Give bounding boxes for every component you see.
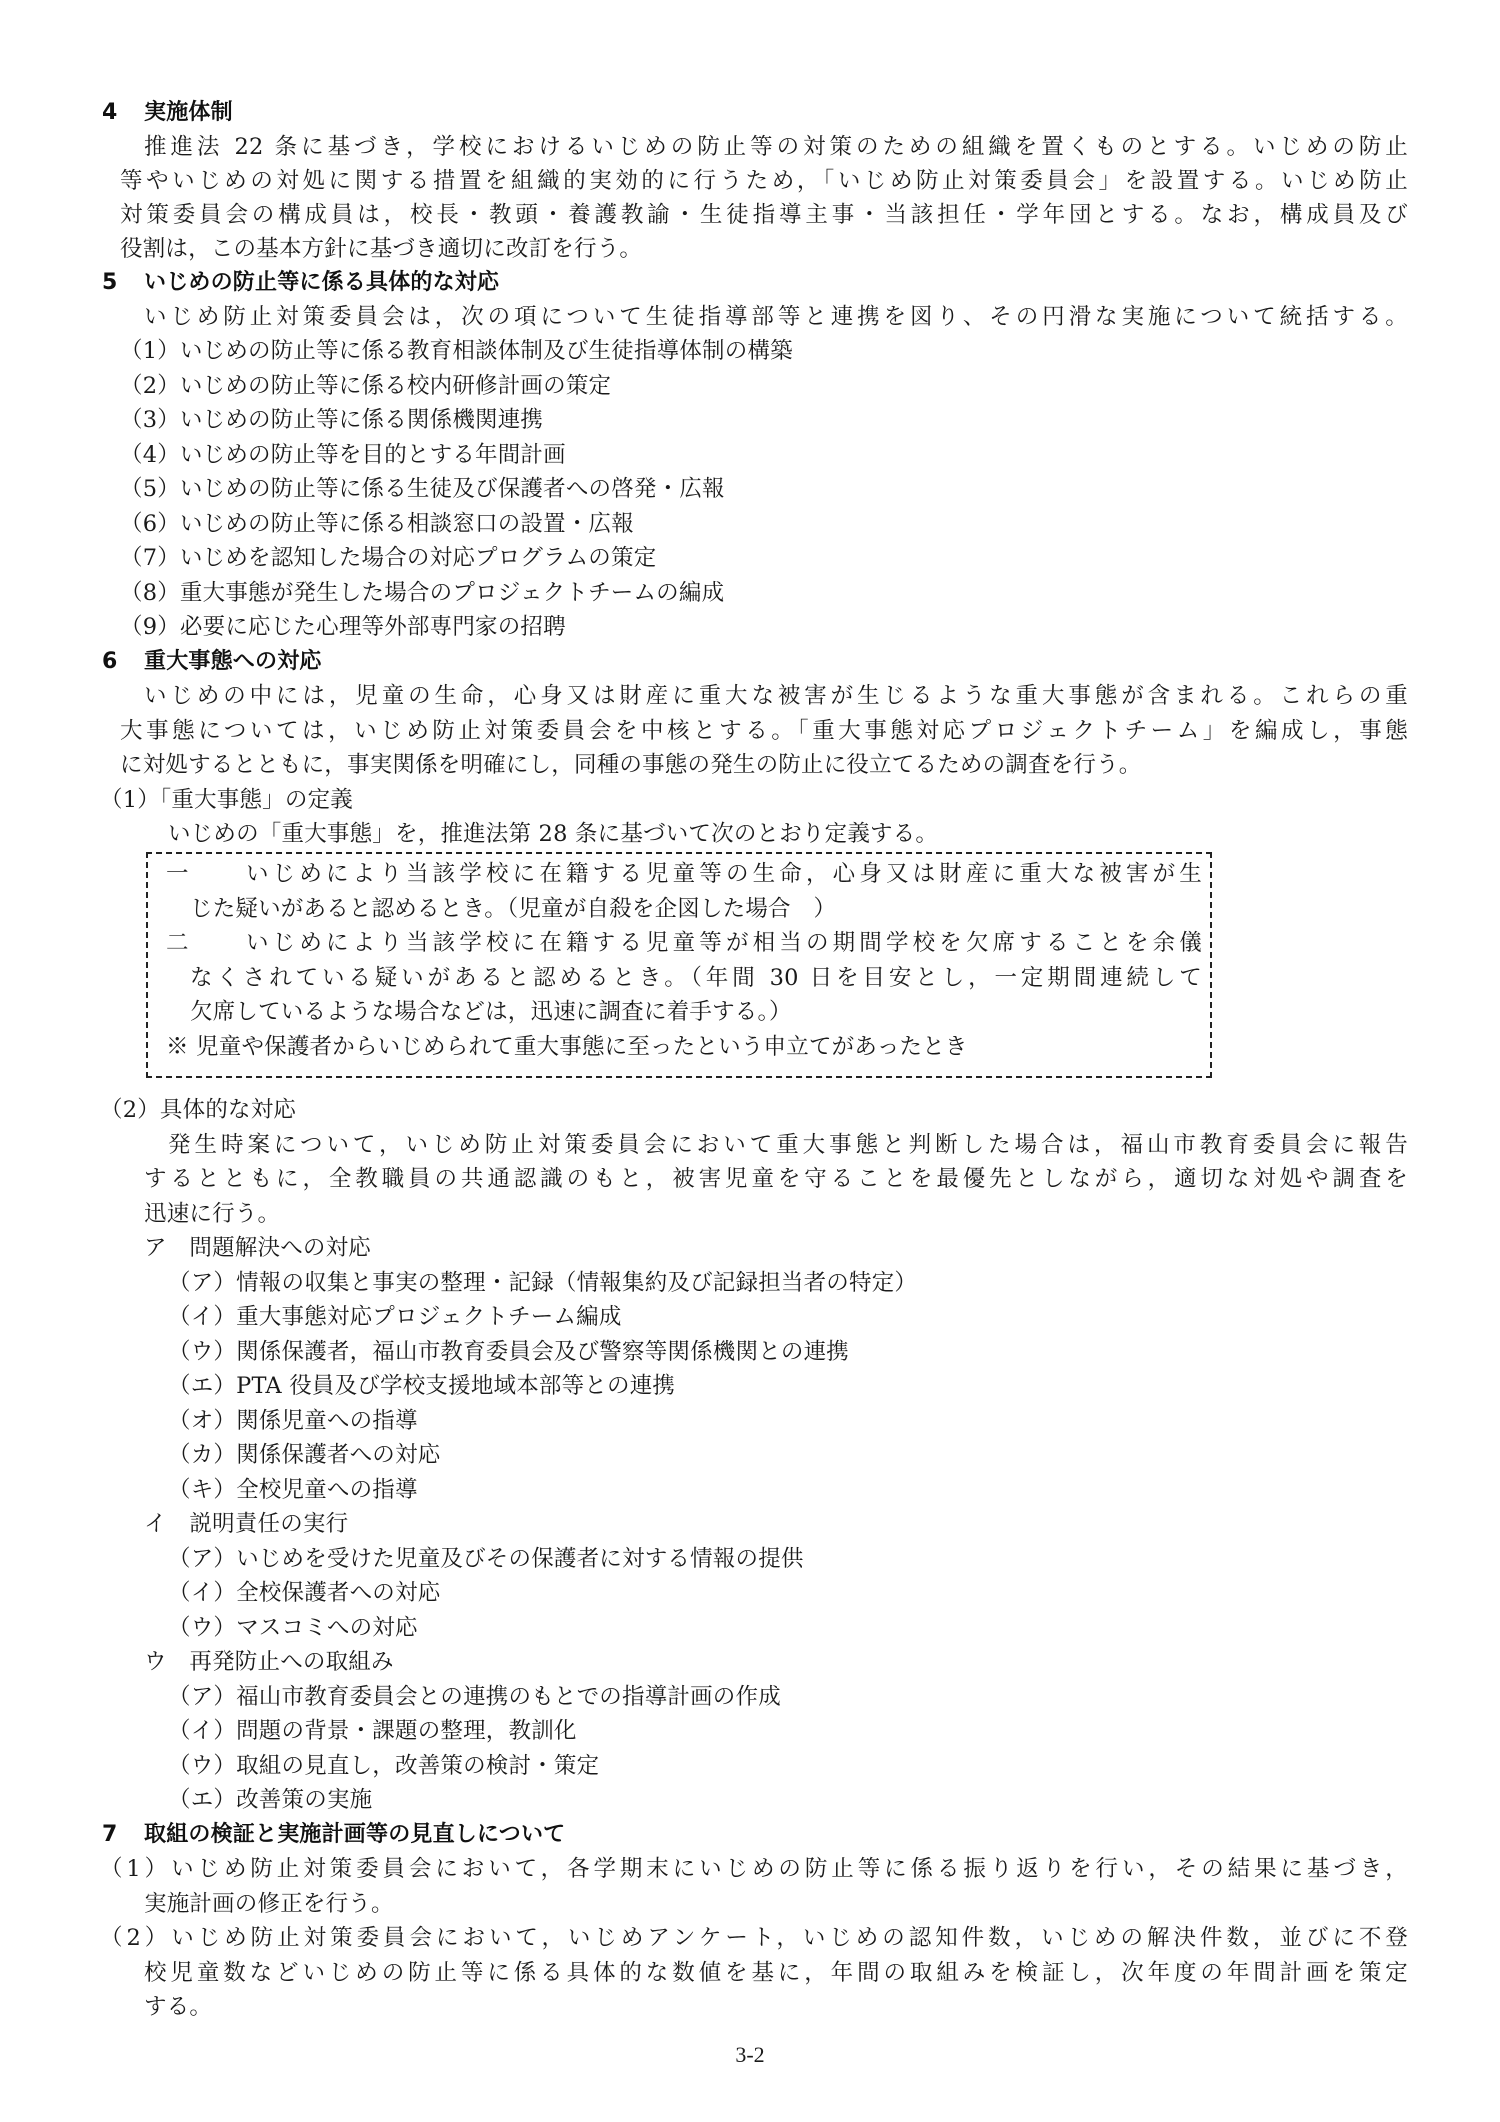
paragraph-line: いじめ防止対策委員会は，次の項について生徒指導部等と連携を図り、その円滑な実施に… [144,300,1408,334]
definition-line: 二 いじめにより当該学校に在籍する児童等が相当の期間学校を欠席することを余儀 [166,926,1202,960]
section-number: 5 [102,266,144,300]
paragraph-line: 役割は，この基本方針に基づき適切に改訂を行う。 [120,232,642,266]
section-number: 4 [102,96,144,130]
list-item: （ア）情報の収集と事実の整理・記録（情報集約及び記録担当者の特定） [168,1266,917,1300]
paragraph-line: 迅速に行う。 [144,1197,280,1231]
paragraph-line: 大事態については，いじめ防止対策委員会を中核とする。「重大事態対応プロジェクトチ… [120,714,1408,748]
subsection-heading: （1）「重大事態」の定義 [100,783,353,817]
list-item: （3）いじめの防止等に係る関係機関連携 [120,403,543,437]
section-title: いじめの防止等に係る具体的な対応 [144,270,499,295]
list-item: （エ）改善策の実施 [168,1783,372,1817]
list-item: （8）重大事態が発生した場合のプロジェクトチームの編成 [120,576,724,610]
list-item-line: 実施計画の修正を行う。 [144,1887,394,1921]
paragraph-line: 等やいじめの対処に関する措置を組織的実効的に行うため，「いじめ防止対策委員会」を… [120,164,1408,198]
subsection-heading: （2）具体的な対応 [100,1093,296,1127]
list-item: （6）いじめの防止等に係る相談窓口の設置・広報 [120,507,634,541]
list-item: （9）必要に応じた心理等外部専門家の招聘 [120,610,566,644]
group-label: イ 説明責任の実行 [144,1507,348,1541]
list-item: （4）いじめの防止等を目的とする年間計画 [120,438,566,472]
list-item-line: 校児童数などいじめの防止等に係る具体的な数値を基に，年間の取組みを検証し，次年度… [144,1956,1408,1990]
definition-line: なくされている疑いがあると認めるとき。（年間 30 日を目安とし，一定期間連続し… [190,961,1202,995]
list-item: （2）いじめの防止等に係る校内研修計画の策定 [120,369,611,403]
list-item: （イ）問題の背景・課題の整理，教訓化 [168,1714,577,1748]
page-number: 3-2 [0,2040,1500,2070]
list-item: （1）いじめの防止等に係る教育相談体制及び生徒指導体制の構築 [120,334,793,368]
list-item-line: する。 [144,1990,212,2024]
section-title: 重大事態への対応 [144,649,322,674]
list-item: （ウ）マスコミへの対応 [168,1611,418,1645]
definition-line: 欠席しているような場合などは，迅速に調査に着手する。） [190,995,792,1029]
list-item: （ア）福山市教育委員会との連携のもとでの指導計画の作成 [168,1680,781,1714]
list-item: （5）いじめの防止等に係る生徒及び保護者への啓発・広報 [120,472,725,506]
section-7-heading: 7取組の検証と実施計画等の見直しについて [102,1818,565,1852]
section-6-heading: 6重大事態への対応 [102,645,322,679]
list-item: （カ）関係保護者への対応 [168,1438,440,1472]
list-item: （7）いじめを認知した場合の対応プログラムの策定 [120,541,656,575]
section-number: 7 [102,1818,144,1852]
section-number: 6 [102,645,144,679]
document-page: 4実施体制 推進法 22 条に基づき，学校におけるいじめの防止等の対策のための組… [0,0,1500,2122]
paragraph-line: 推進法 22 条に基づき，学校におけるいじめの防止等の対策のための組織を置くもの… [144,130,1408,164]
paragraph-line: いじめの中には，児童の生命，心身又は財産に重大な被害が生じるような重大事態が含ま… [144,679,1408,713]
list-item: （ウ）取組の見直し，改善策の検討・策定 [168,1749,599,1783]
list-item: （イ）全校保護者への対応 [168,1576,440,1610]
definition-line: 一 いじめにより当該学校に在籍する児童等の生命，心身又は財産に重大な被害が生 [166,857,1202,891]
paragraph-line: するとともに，全教職員の共通認識のもと，被害児童を守ることを最優先としながら，適… [144,1162,1408,1196]
paragraph-line: いじめの「重大事態」を，推進法第 28 条に基づいて次のとおり定義する。 [168,817,938,851]
definition-line: じた疑いがあると認めるとき。（児童が自殺を企図した場合 ） [190,892,836,926]
list-item: （ウ）関係保護者，福山市教育委員会及び警察等関係機関との連携 [168,1335,849,1369]
section-title: 実施体制 [144,100,233,125]
section-title: 取組の検証と実施計画等の見直しについて [144,1822,565,1847]
section-5-heading: 5いじめの防止等に係る具体的な対応 [102,266,499,300]
definition-note: ※ 児童や保護者からいじめられて重大事態に至ったという申立てがあったとき [166,1030,968,1064]
list-item: （ア）いじめを受けた児童及びその保護者に対する情報の提供 [168,1542,804,1576]
paragraph-line: に対処するとともに，事実関係を明確にし，同種の事態の発生の防止に役立てるための調… [120,748,1142,782]
group-label: ア 問題解決への対応 [144,1231,371,1265]
paragraph-line: 発生時案について，いじめ防止対策委員会において重大事態と判断した場合は，福山市教… [168,1128,1408,1162]
list-item: （オ）関係児童への指導 [168,1404,418,1438]
group-label: ウ 再発防止への取組み [144,1645,394,1679]
list-item: （イ）重大事態対応プロジェクトチーム編成 [168,1300,622,1334]
paragraph-line: 対策委員会の構成員は，校長・教頭・養護教諭・生徒指導主事・当該担任・学年団とする… [120,198,1408,232]
list-item-line: （2）いじめ防止対策委員会において，いじめアンケート，いじめの認知件数，いじめの… [100,1921,1408,1955]
list-item: （エ）PTA 役員及び学校支援地域本部等との連携 [168,1369,675,1403]
list-item-line: （1）いじめ防止対策委員会において，各学期末にいじめの防止等に係る振り返りを行い… [100,1852,1408,1886]
section-4-heading: 4実施体制 [102,96,233,130]
list-item: （キ）全校児童への指導 [168,1473,418,1507]
